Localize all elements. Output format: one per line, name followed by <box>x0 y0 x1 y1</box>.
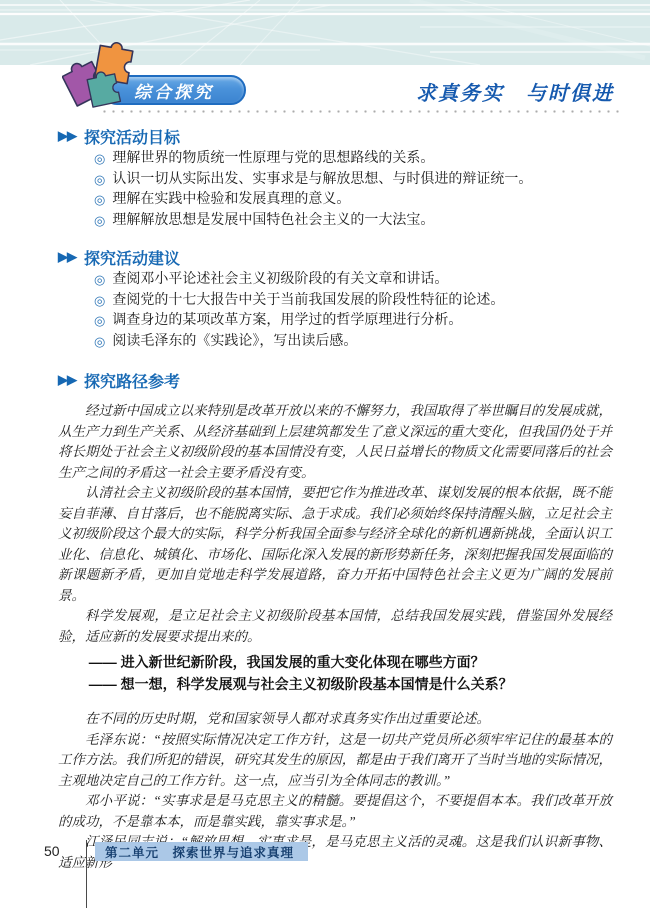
section-suggestions: ▶▶ 探究活动建议 ◎ 查阅邓小平论述社会主义初级阶段的有关文章和讲话。 ◎ 查… <box>58 248 612 352</box>
bullet-icon: ◎ <box>94 170 105 191</box>
question-line: —— 进入新世纪新阶段，我国发展的重大变化体现在哪些方面？ <box>89 651 612 673</box>
bullet-icon: ◎ <box>94 270 105 291</box>
bullet-icon: ◎ <box>94 311 105 332</box>
suggestion-item-text: 调查身边的某项改革方案，用学过的哲学原理进行分析。 <box>112 311 462 332</box>
body-paragraph: 经过新中国成立以来特别是改革开放以来的不懈努力，我国取得了举世瞩目的发展成就，从… <box>58 401 612 483</box>
objective-item-text: 理解在实践中检验和发展真理的意义。 <box>112 190 350 211</box>
page-content: ▶▶ 探究活动目标 ◎ 理解世界的物质统一性原理与党的思想路线的关系。 ◎ 认识… <box>58 127 612 873</box>
unit-banner: 第二单元 探索世界与追求真理 <box>95 842 308 861</box>
body-paragraph: 认清社会主义初级阶段的基本国情，要把它作为推进改革、谋划发展的根本依据，既不能妄… <box>58 483 612 606</box>
bullet-icon: ◎ <box>94 149 105 170</box>
question-block: —— 进入新世纪新阶段，我国发展的重大变化体现在哪些方面？ —— 想一想，科学发… <box>58 651 612 695</box>
bullet-icon: ◎ <box>94 332 105 353</box>
dotted-divider <box>100 110 620 113</box>
section-heading: ▶▶ 探究活动建议 <box>58 248 612 266</box>
section-heading-label: 探究活动建议 <box>84 246 180 269</box>
suggestion-item-text: 查阅党的十七大报告中关于当前我国发展的阶段性特征的论述。 <box>112 291 504 312</box>
textbook-page: 综合探究 求真务实 与时俱进 ▶▶ 探究活动目标 ◎ 理解世界的物质统一性原理与… <box>0 0 650 911</box>
section-objectives: ▶▶ 探究活动目标 ◎ 理解世界的物质统一性原理与党的思想路线的关系。 ◎ 认识… <box>58 127 612 231</box>
unit-banner-label: 第二单元 探索世界与追求真理 <box>105 843 294 861</box>
quote-paragraph: 毛泽东说：“按照实际情况决定工作方针，这是一切共产党员所必须牢牢记住的最基本的工… <box>58 730 612 792</box>
section-arrow-icon: ▶▶ <box>58 248 76 266</box>
suggestion-item-text: 阅读毛泽东的《实践论》，写出读后感。 <box>112 332 357 353</box>
footer-divider-line <box>86 840 87 908</box>
objective-item: ◎ 理解世界的物质统一性原理与党的思想路线的关系。 <box>94 149 612 170</box>
objective-item-text: 认识一切从实际出发、实事求是与解放思想、与时俱进的辩证统一。 <box>112 170 532 191</box>
puzzle-icon <box>62 42 152 108</box>
objective-item-text: 理解世界的物质统一性原理与党的思想路线的关系。 <box>112 149 434 170</box>
page-number: 50 <box>44 843 60 859</box>
bullet-icon: ◎ <box>94 211 105 232</box>
objective-item: ◎ 理解在实践中检验和发展真理的意义。 <box>94 190 612 211</box>
quote-paragraph: 在不同的历史时期，党和国家领导人都对求真务实作出过重要论述。 <box>58 709 612 730</box>
suggestion-item: ◎ 调查身边的某项改革方案，用学过的哲学原理进行分析。 <box>94 311 612 332</box>
suggestion-item: ◎ 阅读毛泽东的《实践论》，写出读后感。 <box>94 332 612 353</box>
objective-item-text: 理解解放思想是发展中国特色社会主义的一大法宝。 <box>112 211 434 232</box>
suggestion-item-text: 查阅邓小平论述社会主义初级阶段的有关文章和讲话。 <box>112 270 448 291</box>
page-title: 求真务实 与时俱进 <box>416 77 614 106</box>
body-text: 经过新中国成立以来特别是改革开放以来的不懈努力，我国取得了举世瞩目的发展成就，从… <box>58 401 612 873</box>
bullet-icon: ◎ <box>94 190 105 211</box>
suggestion-item: ◎ 查阅党的十七大报告中关于当前我国发展的阶段性特征的论述。 <box>94 291 612 312</box>
section-heading: ▶▶ 探究活动目标 <box>58 127 612 145</box>
suggestion-item: ◎ 查阅邓小平论述社会主义初级阶段的有关文章和讲话。 <box>94 270 612 291</box>
objective-item: ◎ 认识一切从实际出发、实事求是与解放思想、与时俱进的辩证统一。 <box>94 170 612 191</box>
question-line: —— 想一想，科学发展观与社会主义初级阶段基本国情是什么关系？ <box>89 673 612 695</box>
section-heading-label: 探究路径参考 <box>84 369 180 392</box>
section-arrow-icon: ▶▶ <box>58 371 76 389</box>
body-paragraph: 科学发展观，是立足社会主义初级阶段基本国情，总结我国发展实践，借鉴国外发展经验，… <box>58 606 612 647</box>
bullet-icon: ◎ <box>94 291 105 312</box>
section-heading: ▶▶ 探究路径参考 <box>58 371 612 389</box>
section-heading-label: 探究活动目标 <box>84 125 180 148</box>
objective-item: ◎ 理解解放思想是发展中国特色社会主义的一大法宝。 <box>94 211 612 232</box>
quote-paragraph: 邓小平说：“实事求是是马克思主义的精髓。要提倡这个，不要提倡本本。我们改革开放的… <box>58 791 612 832</box>
section-path-reference: ▶▶ 探究路径参考 <box>58 371 612 389</box>
section-arrow-icon: ▶▶ <box>58 127 76 145</box>
